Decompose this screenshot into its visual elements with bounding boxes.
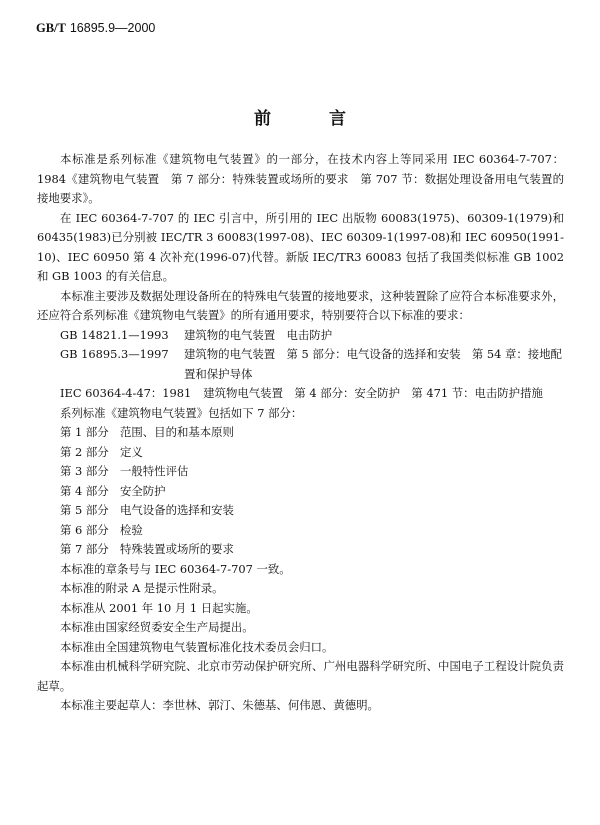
series-part: 第 3 部分 一般特性评估 (37, 462, 564, 482)
statement-drafters: 本标准主要起草人：李世林、郭汀、朱德基、何伟恩、黄德明。 (37, 696, 564, 716)
statement-effective-date: 本标准从 2001 年 10 月 1 日起实施。 (37, 599, 564, 619)
reference-desc: 建筑物的电气装置 电击防护 (184, 326, 564, 346)
part-name: 一般特性评估 (120, 462, 188, 482)
reference-code: GB 16895.3—1997 (60, 345, 184, 384)
statement-clause-numbering: 本标准的章条号与 IEC 60364-7-707 一致。 (37, 560, 564, 580)
part-name: 范围、目的和基本原则 (120, 423, 234, 443)
part-label: 第 1 部分 (60, 423, 120, 443)
part-label: 第 3 部分 (60, 462, 120, 482)
paragraph-adoption: 本标准是系列标准《建筑物电气装置》的一部分，在技术内容上等同采用 IEC 603… (37, 150, 564, 209)
statement-centralized-by: 本标准由全国建筑物电气装置标准化技术委员会归口。 (37, 638, 564, 658)
reference-item: GB 14821.1—1993 建筑物的电气装置 电击防护 (37, 326, 564, 346)
part-label: 第 7 部分 (60, 540, 120, 560)
part-label: 第 4 部分 (60, 482, 120, 502)
statement-drafted-by: 本标准由机械科学研究院、北京市劳动保护研究所、广州电器科学研究所、中国电子工程设… (37, 657, 564, 696)
series-part: 第 7 部分 特殊装置或场所的要求 (37, 540, 564, 560)
series-part: 第 2 部分 定义 (37, 443, 564, 463)
part-name: 特殊装置或场所的要求 (120, 540, 234, 560)
series-part: 第 6 部分 检验 (37, 521, 564, 541)
part-label: 第 5 部分 (60, 501, 120, 521)
title-char-2: 言 (329, 104, 346, 129)
paragraph-iec-references: 在 IEC 60364-7-707 的 IEC 引言中，所引用的 IEC 出版物… (37, 209, 564, 287)
statement-proposed-by: 本标准由国家经贸委安全生产局提出。 (37, 618, 564, 638)
standard-number-header: GB/T 16895.9—2000 (36, 20, 155, 36)
series-intro: 系列标准《建筑物电气装置》包括如下 7 部分： (37, 404, 564, 424)
part-name: 电气设备的选择和安装 (120, 501, 234, 521)
statement-annex: 本标准的附录 A 是提示性附录。 (37, 579, 564, 599)
reference-item: IEC 60364-4-47：1981 建筑物电气装置 第 4 部分：安全防护 … (37, 384, 564, 404)
title-char-1: 前 (254, 104, 271, 129)
paragraph-scope: 本标准主要涉及数据处理设备所在的特殊电气装置的接地要求，这种装置除了应符合本标准… (37, 287, 564, 326)
standard-prefix: GB/T (36, 21, 66, 35)
part-name: 定义 (120, 443, 143, 463)
foreword-body: 本标准是系列标准《建筑物电气装置》的一部分，在技术内容上等同采用 IEC 603… (37, 150, 564, 716)
reference-desc: 建筑物电气装置 第 4 部分：安全防护 第 471 节：电击防护措施 (203, 384, 564, 404)
standard-number: 16895.9—2000 (70, 21, 156, 35)
reference-code: GB 14821.1—1993 (60, 326, 184, 346)
page-title: 前言 (0, 104, 600, 129)
reference-item: GB 16895.3—1997 建筑物的电气装置 第 5 部分：电气设备的选择和… (37, 345, 564, 384)
part-name: 安全防护 (120, 482, 166, 502)
part-label: 第 6 部分 (60, 521, 120, 541)
series-part: 第 5 部分 电气设备的选择和安装 (37, 501, 564, 521)
reference-desc: 建筑物的电气装置 第 5 部分：电气设备的选择和安装 第 54 章：接地配置和保… (184, 345, 564, 384)
part-label: 第 2 部分 (60, 443, 120, 463)
series-part: 第 4 部分 安全防护 (37, 482, 564, 502)
reference-code: IEC 60364-4-47：1981 (60, 384, 191, 404)
part-name: 检验 (120, 521, 143, 541)
series-part: 第 1 部分 范围、目的和基本原则 (37, 423, 564, 443)
